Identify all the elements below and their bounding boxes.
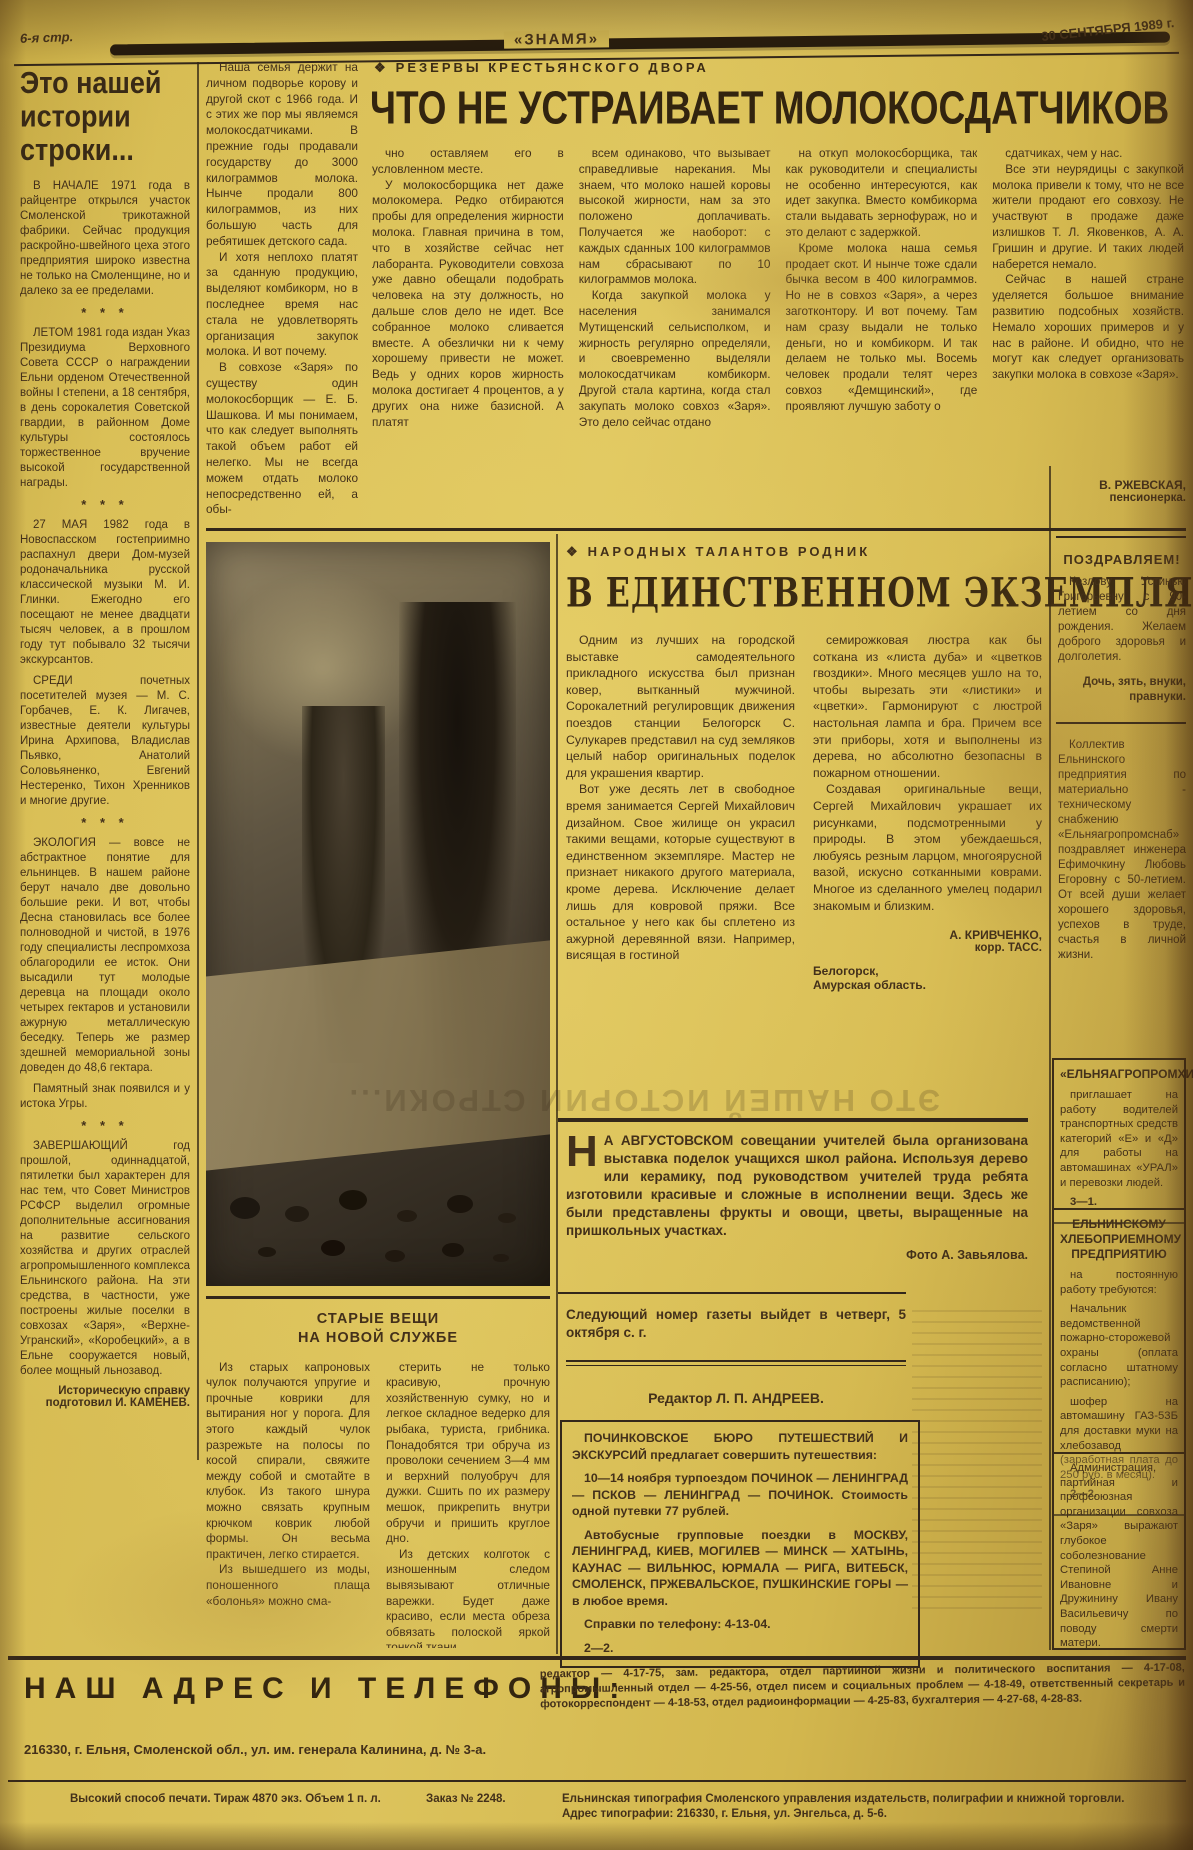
section-divider bbox=[206, 528, 1186, 531]
feature-kicker: ❖НАРОДНЫХ ТАЛАНТОВ РОДНИК bbox=[566, 544, 1042, 560]
dateline-region: Амурская область. bbox=[813, 978, 1042, 992]
section-divider bbox=[1056, 722, 1186, 724]
footer-divider bbox=[8, 1780, 1186, 1782]
ad-title: ПОЧИНКОВСКОЕ БЮРО ПУТЕШЕСТВИЙ И ЭКСКУРСИ… bbox=[572, 1430, 908, 1463]
history-paragraph: ЗАВЕРШАЮЩИЙ год прошлой, одиннадцатой, п… bbox=[20, 1139, 190, 1379]
footer-address: 216330, г. Ельня, Смоленской обл., ул. и… bbox=[24, 1742, 504, 1757]
tips-paragraph: Из вышедшего из моды, поношенного плаща … bbox=[206, 1562, 370, 1609]
history-paragraph: ЭКОЛОГИЯ — вовсе не абстрактное понятие … bbox=[20, 836, 190, 1076]
feature-paragraph: Вот уже десять лет в свободное время зан… bbox=[566, 781, 795, 964]
milk-paragraph: Наша семья держит на личном подворье кор… bbox=[206, 60, 358, 250]
ad-text: приглашает на работу водителей транспорт… bbox=[1060, 1088, 1178, 1190]
condolence-notice: Администрация, партийная и профсоюзная о… bbox=[1052, 1452, 1186, 1650]
bleed-through-text: ЭТО НАШЕЙ ИСТОРИИ СТРОКИ... bbox=[300, 1082, 940, 1118]
photo-credit: Фото А. Завьялова. bbox=[566, 1248, 1028, 1262]
bleed-through-smudge bbox=[912, 1310, 1042, 1610]
congratulations-notice: ПОЗДРАВЛЯЕМ! Козлову Устинью Григорьевну… bbox=[1058, 552, 1186, 705]
notice-text: Козлову Устинью Григорьевну с 90-летием … bbox=[1058, 575, 1186, 665]
notice-signed: Дочь, зять, внуки, правнуки. bbox=[1058, 675, 1186, 705]
milk-paragraph: Сейчас в нашей стране уделяется большое … bbox=[992, 272, 1184, 383]
ad-paragraph: Автобусные групповые поездки в МОСКВУ, Л… bbox=[572, 1527, 908, 1610]
milk-paragraph: Кроме молока наша семья продает скот. И … bbox=[786, 241, 978, 415]
feature-paragraph: Создавая оригинальные вещи, Сергей Михай… bbox=[813, 781, 1042, 914]
history-title: Это нашей истории строки... bbox=[20, 66, 190, 168]
kicker-label: РЕЗЕРВЫ КРЕСТЬЯНСКОГО ДВОРА bbox=[396, 60, 709, 75]
author-role: корр. ТАСС. bbox=[813, 942, 1042, 954]
photo-table bbox=[206, 939, 550, 1172]
history-paragraph: В НАЧАЛЕ 1971 года в райцентре открылся … bbox=[20, 179, 190, 299]
tips-column: Из старых капроновых чулок получаются уп… bbox=[206, 1360, 370, 1648]
milk-paragraph: Все эти неурядицы с закупкой молока прив… bbox=[992, 162, 1184, 273]
agroprom-job-ad: «ЕЛЬНЯАГРОПРОМХИМИЯ» приглашает на работ… bbox=[1052, 1058, 1186, 1224]
milk-article-columns: чно оставляем его в условленном месте. У… bbox=[372, 146, 1184, 522]
tips-title-line: НА НОВОЙ СЛУЖБЕ bbox=[206, 1329, 550, 1348]
section-ornament-icon: ❖ bbox=[374, 60, 386, 75]
ad-title: «ЕЛЬНЯАГРОПРОМХИМИЯ» bbox=[1060, 1067, 1178, 1082]
feature-headline: В ЕДИНСТВЕННОМ ЭКЗЕМПЛЯРЕ bbox=[566, 570, 1052, 617]
section-divider bbox=[566, 1365, 906, 1366]
footer-divider bbox=[8, 1656, 1186, 1660]
section-separator: * * * bbox=[20, 1118, 190, 1133]
tips-title-line: СТАРЫЕ ВЕЩИ bbox=[206, 1310, 550, 1329]
milk-paragraph: сдатчиках, чем у нас. bbox=[992, 146, 1184, 162]
dateline-city: Белогорск, bbox=[813, 964, 1042, 978]
history-paragraph: Памятный знак появился и у истока Угры. bbox=[20, 1082, 190, 1112]
milk-article-kicker: ❖РЕЗЕРВЫ КРЕСТЬЯНСКОГО ДВОРА bbox=[374, 60, 709, 76]
history-column: Это нашей истории строки... В НАЧАЛЕ 197… bbox=[20, 66, 190, 1466]
kicker-label: НАРОДНЫХ ТАЛАНТОВ РОДНИК bbox=[588, 544, 871, 559]
section-divider bbox=[1056, 536, 1186, 538]
history-paragraph: СРЕДИ почетных посетителей музея — М. С.… bbox=[20, 674, 190, 809]
section-divider bbox=[558, 1118, 1028, 1122]
section-divider bbox=[566, 1360, 906, 1362]
ad-item: Начальник ведомственной пожарно-сторожев… bbox=[1060, 1302, 1178, 1390]
tips-paragraph: Из старых капроновых чулок получаются уп… bbox=[206, 1360, 370, 1563]
notice-title: ПОЗДРАВЛЯЕМ! bbox=[1058, 552, 1186, 567]
milk-paragraph: И хотя неплохо платят за сданную продукц… bbox=[206, 250, 358, 361]
collective-congratulation: Коллектив Ельнинского предприятия по мат… bbox=[1058, 738, 1186, 963]
tips-column: стерить не только красивую, прочную хозя… bbox=[386, 1360, 550, 1648]
notice-text: Администрация, партийная и профсоюзная о… bbox=[1060, 1461, 1178, 1650]
milk-paragraph: У молокосборщика нет даже молокомера. Ре… bbox=[372, 178, 564, 431]
photo-divider bbox=[206, 1296, 550, 1299]
column-rule bbox=[1049, 466, 1051, 1650]
exhibition-photo bbox=[206, 542, 550, 1286]
imprint-order-number: Заказ № 2248. bbox=[426, 1792, 536, 1822]
footer-address-title: НАШ АДРЕС И ТЕЛЕФОНЫ: bbox=[24, 1672, 628, 1706]
milk-paragraph: Когда закупкой молока у населения занима… bbox=[579, 288, 771, 430]
feature-article: ❖НАРОДНЫХ ТАЛАНТОВ РОДНИК В ЕДИНСТВЕННОМ… bbox=[566, 544, 1042, 992]
travel-bureau-ad: ПОЧИНКОВСКОЕ БЮРО ПУТЕШЕСТВИЙ И ЭКСКУРСИ… bbox=[560, 1420, 920, 1668]
section-ornament-icon: ❖ bbox=[566, 544, 578, 559]
author-name: В. РЖЕВСКАЯ, bbox=[1058, 478, 1186, 492]
dateline: Белогорск, Амурская область. bbox=[813, 964, 1042, 992]
section-separator: * * * bbox=[20, 497, 190, 512]
tips-paragraph: Из детских колготок с изношенным следом … bbox=[386, 1547, 550, 1648]
feature-column: семирожковая люстра как бы соткана из «л… bbox=[813, 632, 1042, 992]
section-separator: * * * bbox=[20, 305, 190, 320]
author-role: пенсионерка. bbox=[1058, 492, 1186, 504]
school-exhibition-note: НА АВГУСТОВСКОМ совещании учителей была … bbox=[566, 1132, 1028, 1262]
tips-paragraph: стерить не только красивую, прочную хозя… bbox=[386, 1360, 550, 1547]
footer-phone-list: редактор — 4-17-75, зам. редактора, отде… bbox=[540, 1661, 1185, 1712]
milk-paragraph: на откуп молокосборщика, так как руковод… bbox=[786, 146, 978, 241]
imprint-print-info: Высокий способ печати. Тираж 4870 экз. О… bbox=[70, 1792, 400, 1822]
author-name: А. КРИВЧЕНКО, bbox=[813, 928, 1042, 942]
column-rule bbox=[197, 62, 199, 1460]
milk-article-column: сдатчиках, чем у нас. Все эти неурядицы … bbox=[992, 146, 1184, 522]
masthead: «ЗНАМЯ» bbox=[0, 24, 1113, 56]
section-divider bbox=[558, 1292, 906, 1294]
milk-paragraph: всем одинаково, что вызывает справедливы… bbox=[579, 146, 771, 288]
editor-line: Редактор Л. П. АНДРЕЕВ. bbox=[566, 1390, 906, 1406]
note-text: НА АВГУСТОВСКОМ совещании учителей была … bbox=[566, 1132, 1028, 1240]
photo-craft-objects bbox=[230, 1197, 260, 1219]
household-tips-article: СТАРЫЕ ВЕЩИ НА НОВОЙ СЛУЖБЕ Из старых ка… bbox=[206, 1310, 550, 1648]
milk-article-column: чно оставляем его в условленном месте. У… bbox=[372, 146, 564, 522]
milk-paragraph: чно оставляем его в условленном месте. bbox=[372, 146, 564, 178]
ad-paragraph: 10—14 ноября турпоездом ПОЧИНОК — ЛЕНИНГ… bbox=[572, 1470, 908, 1520]
note-body: А АВГУСТОВСКОМ совещании учителей была о… bbox=[566, 1133, 1028, 1238]
history-paragraph: 27 МАЯ 1982 года в Новоспасском гостепри… bbox=[20, 518, 190, 668]
imprint-line: Высокий способ печати. Тираж 4870 экз. О… bbox=[70, 1792, 1130, 1822]
masthead-title: «ЗНАМЯ» bbox=[504, 30, 609, 48]
newspaper-page: 6-я стр. «ЗНАМЯ» 30 СЕНТЯБРЯ 1989 г. Это… bbox=[0, 0, 1193, 1850]
next-issue-notice: Следующий номер газеты выйдет в четверг,… bbox=[566, 1306, 906, 1342]
milk-article: Наша семья держит на личном подворье кор… bbox=[206, 60, 1184, 522]
tips-columns: Из старых капроновых чулок получаются уп… bbox=[206, 1360, 550, 1648]
history-paragraph: ЛЕТОМ 1981 года издан Указ Президиума Ве… bbox=[20, 326, 190, 491]
feature-paragraph: семирожковая люстра как бы соткана из «л… bbox=[813, 632, 1042, 781]
milk-article-headline: ЧТО НЕ УСТРАИВАЕТ МОЛОКОСДАТЧИКОВ bbox=[370, 82, 1184, 135]
milk-article-column: на откуп молокосборщика, так как руковод… bbox=[786, 146, 978, 522]
feature-paragraph: Одним из лучших на городской выставке са… bbox=[566, 632, 795, 781]
ad-subtitle: на постоянную работу требуются: bbox=[1060, 1268, 1178, 1297]
ad-run-mark: 2—2. bbox=[572, 1640, 908, 1657]
history-credit: Историческую справку подготовил И. КАМЕН… bbox=[20, 1385, 190, 1409]
page-shadow bbox=[0, 1822, 1193, 1850]
ad-title: ЕЛЬНИНСКОМУ ХЛЕБОПРИЕМНОМУ ПРЕДПРИЯТИЮ bbox=[1060, 1217, 1178, 1262]
section-separator: * * * bbox=[20, 815, 190, 830]
notice-text: Коллектив Ельнинского предприятия по мат… bbox=[1058, 738, 1186, 963]
milk-article-column: всем одинаково, что вызывает справедливы… bbox=[579, 146, 771, 522]
ad-paragraph: Справки по телефону: 4-13-04. bbox=[572, 1616, 908, 1633]
milk-paragraph: В совхозе «Заря» по существу один молоко… bbox=[206, 360, 358, 518]
imprint-printer-address: Ельнинская типография Смоленского управл… bbox=[562, 1792, 1130, 1822]
feature-columns: Одним из лучших на городской выставке са… bbox=[566, 632, 1042, 992]
milk-article-signature: В. РЖЕВСКАЯ, пенсионерка. bbox=[1058, 470, 1186, 504]
milk-article-column: Наша семья держит на личном подворье кор… bbox=[206, 60, 358, 522]
feature-column: Одним из лучших на городской выставке са… bbox=[566, 632, 795, 992]
tips-title: СТАРЫЕ ВЕЩИ НА НОВОЙ СЛУЖБЕ bbox=[206, 1310, 550, 1348]
drop-cap: Н bbox=[566, 1134, 598, 1170]
